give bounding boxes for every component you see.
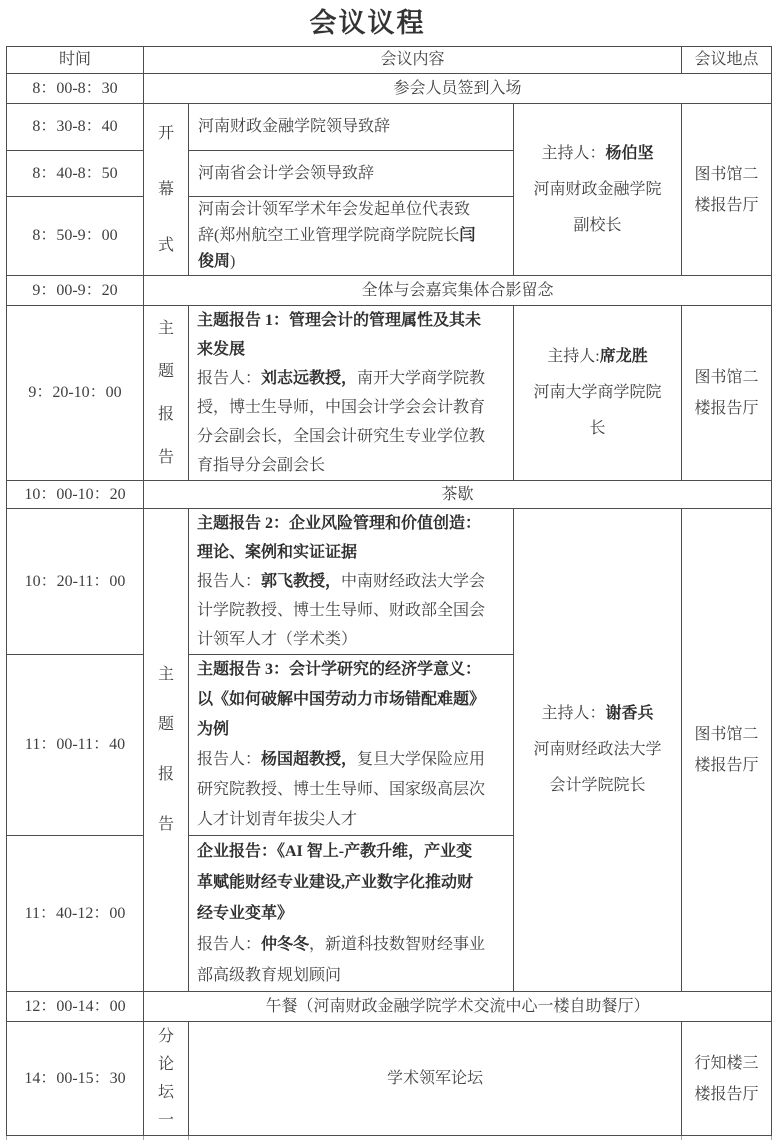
section-label-keynote2: 主 题 报 告 [144, 509, 189, 992]
row-speech1: 8：30-8：40 开 幕 式 河南财政金融学院领导致辞 主持人：杨伯坚 河南财… [7, 104, 772, 151]
speech3-cell: 河南会计领军学术年会发起单位代表致 辞(郑州航空工业管理学院商学院院长闫俊周) [189, 197, 514, 276]
continuation-section-cell [144, 1136, 189, 1140]
time-cell: 9：20-10：00 [7, 306, 144, 481]
host-name: 席龙胜 [600, 348, 648, 365]
row-tea: 10：00-10：20 茶歇 [7, 481, 772, 509]
row-forum: 14：00-15：30 分 论 坛 一 学术领军论坛 行知楼三 楼报告厅 [7, 1022, 772, 1136]
report1-title: 主题报告 1：管理会计的管理属性及其未 来发展 [197, 306, 505, 364]
report3-cell: 主题报告 3：会计学研究的经济学意义： 以《如何破解中国劳动力市场错配难题》 为… [189, 655, 514, 836]
presenter-name: 杨国超教授， [261, 751, 357, 768]
tea-cell: 茶歇 [144, 481, 772, 509]
host-label: 主持人： [541, 145, 605, 162]
time-cell: 8：40-8：50 [7, 151, 144, 197]
presenter-label: 报告人： [197, 370, 261, 387]
time-cell: 8：00-8：30 [7, 74, 144, 104]
time-cell: 10：20-11：00 [7, 509, 144, 655]
host-affiliation-text: 河南财政金融学院 副校长 [533, 181, 661, 234]
header-time: 时间 [7, 47, 144, 74]
continuation-location-cell [682, 1136, 772, 1140]
continuation-content-cell [189, 1136, 682, 1140]
header-content: 会议内容 [144, 47, 682, 74]
time-cell: 14：00-15：30 [7, 1022, 144, 1136]
location-cell: 行知楼三 楼报告厅 [682, 1022, 772, 1136]
speech1-cell: 河南财政金融学院领导致辞 [189, 104, 514, 151]
page-title: 会议议程 [0, 0, 735, 39]
host-affiliation-text: 河南财经政法大学 会计学院院长 [533, 741, 661, 794]
agenda-table: 时间 会议内容 会议地点 8：00-8：30 参会人员签到入场 8：30-8：4… [6, 46, 772, 1140]
host-cell-opening: 主持人：杨伯坚 河南财政金融学院 副校长 [514, 104, 682, 276]
row-lunch: 12：00-14：00 午餐（河南财政金融学院学术交流中心一楼自助餐厅） [7, 992, 772, 1022]
time-cell: 8：30-8：40 [7, 104, 144, 151]
row-report2: 10：20-11：00 主 题 报 告 主题报告 2：企业风险管理和价值创造： … [7, 509, 772, 655]
row-photo: 9：00-9：20 全体与会嘉宾集体合影留念 [7, 276, 772, 306]
speech3-close: ) [230, 253, 235, 270]
time-cell: 11：40-12：00 [7, 836, 144, 992]
speech3-text: 河南会计领军学术年会发起单位代表致 辞(郑州航空工业管理学院商学院院长 [198, 201, 470, 244]
time-cell: 10：00-10：20 [7, 481, 144, 509]
host-name: 杨伯坚 [606, 145, 654, 162]
host-label: 主持人： [541, 705, 605, 722]
speech2-cell: 河南省会计学会领导致辞 [189, 151, 514, 197]
presenter-label: 报告人： [197, 573, 261, 590]
continuation-time-cell [7, 1136, 144, 1140]
time-cell: 11：00-11：40 [7, 655, 144, 836]
lunch-cell: 午餐（河南财政金融学院学术交流中心一楼自助餐厅） [144, 992, 772, 1022]
row-signin: 8：00-8：30 参会人员签到入场 [7, 74, 772, 104]
report3-title: 主题报告 3：会计学研究的经济学意义： 以《如何破解中国劳动力市场错配难题》 为… [197, 655, 505, 745]
presenter-name: 刘志远教授， [261, 370, 357, 387]
row-continuation [7, 1136, 772, 1140]
report4-cell: 企业报告：《AI 智上-产教升维，产业变 革赋能财经专业建设,产业数字化推动财 … [189, 836, 514, 992]
time-cell: 9：00-9：20 [7, 276, 144, 306]
presenter-name: 郭飞教授， [261, 573, 341, 590]
time-cell: 12：00-14：00 [7, 992, 144, 1022]
section-label-keynote: 主 题 报 告 [144, 306, 189, 481]
host-affiliation-text: 河南大学商学院院 长 [533, 384, 661, 437]
location-cell: 图书馆二 楼报告厅 [682, 306, 772, 481]
report4-title: 企业报告：《AI 智上-产教升维，产业变 革赋能财经专业建设,产业数字化推动财 … [197, 836, 505, 929]
presenter-name: 仲冬冬 [261, 936, 309, 953]
section-label-forum: 分 论 坛 一 [144, 1022, 189, 1136]
agenda-page: 会议议程 时间 会议内容 会议地点 8：00-8：30 参会人员签到入场 8：3… [0, 0, 780, 1140]
time-cell: 8：50-9：00 [7, 197, 144, 276]
presenter-label: 报告人： [197, 936, 261, 953]
location-cell: 图书馆二 楼报告厅 [682, 104, 772, 276]
section-label-opening: 开 幕 式 [144, 104, 189, 276]
host-label: 主持人: [547, 348, 599, 365]
host-cell-block2: 主持人：谢香兵 河南财经政法大学 会计学院院长 [514, 509, 682, 992]
header-row: 时间 会议内容 会议地点 [7, 47, 772, 74]
host-name: 谢香兵 [606, 705, 654, 722]
host-cell-keynote1: 主持人:席龙胜 河南大学商学院院 长 [514, 306, 682, 481]
header-location: 会议地点 [682, 47, 772, 74]
report2-title: 主题报告 2：企业风险管理和价值创造： 理论、案例和实证证据 [197, 509, 505, 567]
location-cell: 图书馆二 楼报告厅 [682, 509, 772, 992]
report1-cell: 主题报告 1：管理会计的管理属性及其未 来发展报告人：刘志远教授，南开大学商学院… [189, 306, 514, 481]
report2-cell: 主题报告 2：企业风险管理和价值创造： 理论、案例和实证证据报告人：郭飞教授，中… [189, 509, 514, 655]
forum-cell: 学术领军论坛 [189, 1022, 682, 1136]
row-keynote1: 9：20-10：00 主 题 报 告 主题报告 1：管理会计的管理属性及其未 来… [7, 306, 772, 481]
photo-cell: 全体与会嘉宾集体合影留念 [144, 276, 772, 306]
signin-cell: 参会人员签到入场 [144, 74, 772, 104]
presenter-label: 报告人： [197, 751, 261, 768]
